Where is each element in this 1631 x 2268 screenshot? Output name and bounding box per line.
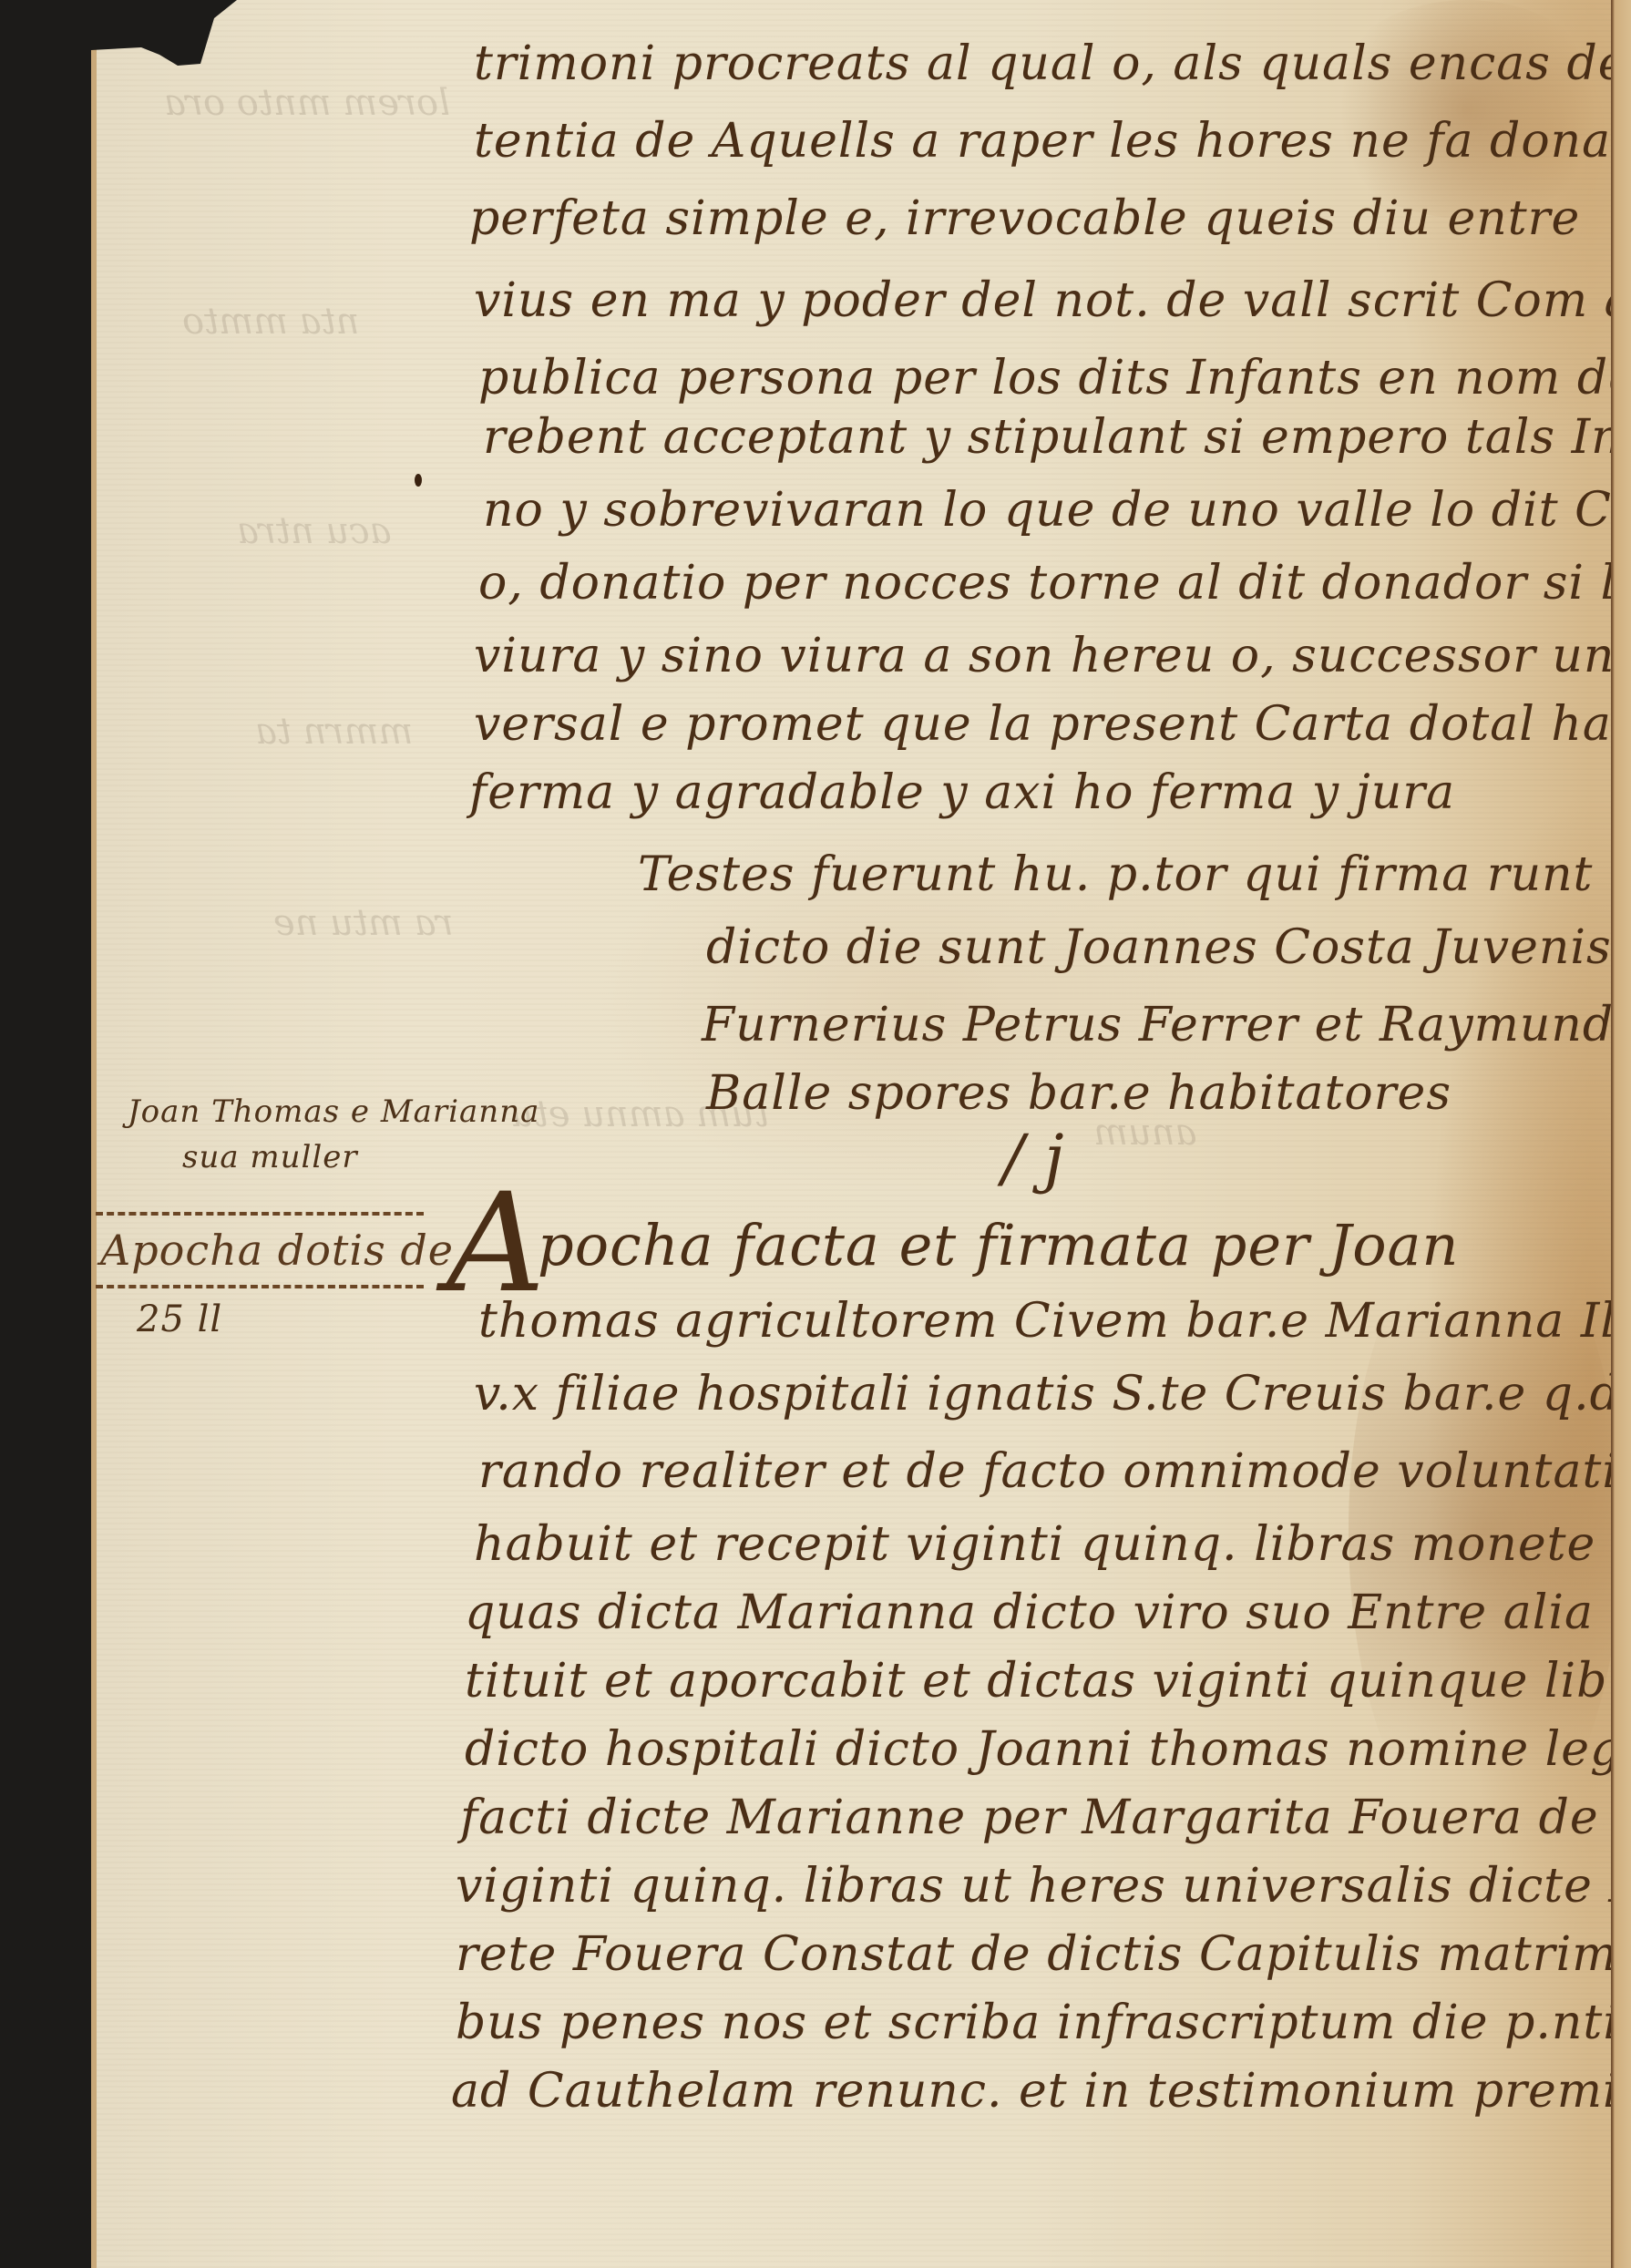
section-separator-mark: / j xyxy=(1002,1121,1064,1196)
witness-line: Balle spores bar.e habitatores xyxy=(706,1066,1451,1121)
text-line: publica persona per los dits Infants en … xyxy=(478,351,1631,405)
text-line: ad Cauthelam renunc. et in testimonium p… xyxy=(451,2064,1631,2119)
margin-note-names: Joan Thomas e Marianna xyxy=(128,1093,539,1130)
water-stain xyxy=(1321,0,1613,219)
text-line: viginti quinq. libras ut heres universal… xyxy=(456,1859,1631,1914)
text-line: no y sobrevivaran lo que de uno valle lo… xyxy=(483,483,1631,538)
text-line: viura y sino viura a son hereu o, succes… xyxy=(474,629,1631,683)
text-line: facti dicte Marianne per Margarita Fouer… xyxy=(460,1791,1631,1845)
text-line: rebent acceptant y stipulant si empero t… xyxy=(483,410,1631,465)
text-line: habuit et recepit viginti quinq. libras … xyxy=(474,1517,1631,1572)
bleed-through-text: acu ntra xyxy=(237,510,392,552)
bleed-through-text: lorem mnto ora xyxy=(164,82,450,124)
text-line: vius en ma y poder del not. de vall scri… xyxy=(474,273,1631,328)
text-line: v.x filiae hospitali ignatis S.te Creuis… xyxy=(474,1367,1631,1421)
text-line: bus penes nos et scriba infrascriptum di… xyxy=(456,1996,1631,2050)
book-binding-edge xyxy=(1611,0,1631,2268)
witness-line: Testes fuerunt hu. p.tor qui firma runt xyxy=(638,847,1593,902)
margin-note-wife: sua muller xyxy=(182,1139,358,1175)
text-line: trimoni procreats al qual o, als quals e… xyxy=(474,36,1631,91)
bleed-through-text: ra mtu ne xyxy=(273,902,454,944)
bleed-through-text: nta mmto xyxy=(182,301,359,343)
text-line: ferma y agradable y axi ho ferma y jura xyxy=(469,765,1455,820)
margin-rule-bottom xyxy=(96,1285,424,1288)
text-line: tentia de Aquells a raper les hores ne f… xyxy=(474,114,1631,169)
text-line: dicto hospitali dicto Joanni thomas nomi… xyxy=(465,1722,1631,1777)
bleed-through-text: mmrn ta xyxy=(255,711,413,753)
text-line: versal e promet que la present Carta dot… xyxy=(474,697,1631,752)
text-line: perfeta simple e, irrevocable queis diu … xyxy=(469,191,1580,246)
text-line: o, donatio per nocces torne al dit donad… xyxy=(478,556,1631,611)
witness-line: dicto die sunt Joannes Costa Juvenis xyxy=(706,920,1612,975)
apocha-heading-line: pocha facta et firmata per Joan xyxy=(538,1212,1459,1278)
text-line: rete Fouera Constat de dictis Capitulis … xyxy=(456,1927,1631,1982)
margin-entry-amount: 25 ll xyxy=(137,1298,222,1340)
text-line: rando realiter et de facto omnimode volu… xyxy=(478,1444,1631,1499)
decorated-initial: A xyxy=(446,1175,545,1312)
text-line: tituit et aporcabit et dictas viginti qu… xyxy=(465,1654,1631,1709)
text-line: thomas agricultorem Civem bar.e Marianna… xyxy=(478,1294,1631,1349)
margin-entry-title: Apocha dotis de xyxy=(100,1226,454,1275)
witness-line: Furnerius Petrus Ferrer et Raymundus xyxy=(702,998,1631,1052)
text-line: quas dicta Marianna dicto viro suo Entre… xyxy=(465,1586,1631,1640)
ink-blot xyxy=(415,474,422,487)
margin-rule-top xyxy=(96,1212,424,1216)
